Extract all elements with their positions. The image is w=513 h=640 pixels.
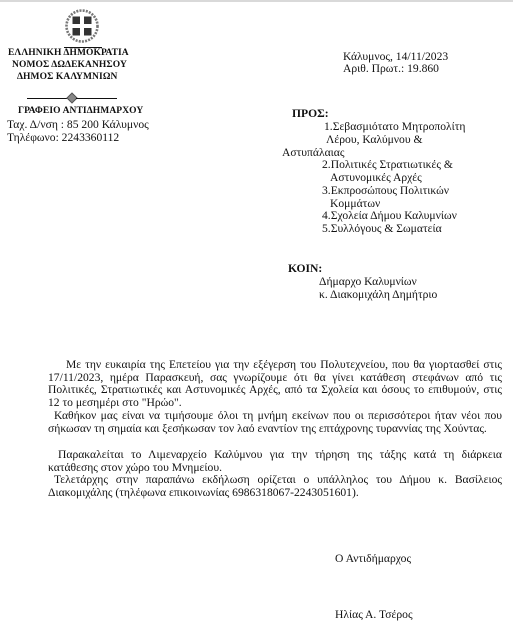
header-municipality: ΔΗΜΟΣ ΚΑΛΥΜΝΙΩΝ <box>17 72 118 82</box>
protocol-number: Αριθ. Πρωτ.: 19.860 <box>343 62 439 75</box>
greek-coat-of-arms-icon <box>65 9 99 43</box>
body-paragraph-text: Με την ευκαιρία της Επετείου για την εξέ… <box>48 358 502 409</box>
cc-label: ΚΟΙΝ: <box>288 262 322 275</box>
recipient-line: Λέρου, Καλύμνου & <box>326 133 422 146</box>
signature-name: Ηλίας Α. Τσέρος <box>335 608 413 621</box>
body-paragraph-text: Τελετάρχης στην παραπάνω εκδήλωση ορίζετ… <box>48 473 502 499</box>
body-paragraph-text: Παρακαλείται το Λιμεναρχείο Καλύμνου για… <box>48 448 502 474</box>
page-top-border <box>0 0 513 2</box>
recipient-line: 3.Εκπροσώπους Πολιτικών <box>322 184 449 197</box>
recipient-line: 2.Πολιτικές Στρατιωτικές & <box>322 158 453 171</box>
office-name: ΓΡΑΦΕΙΟ ΑΝΤΙΔΗΜΑΡΧΟΥ <box>18 106 143 116</box>
cc-line: κ. Διακομιχάλη Δημήτριο <box>319 288 437 301</box>
body-paragraph-text: Καθήκον μας είναι να τιμήσουμε όλοι τη μ… <box>48 409 502 435</box>
header-republic: ΕΛΛΗΝΙΚΗ ΔΗΜΟΚΡΑΤΙΑ <box>8 48 129 58</box>
body-paragraph: Με την ευκαιρία της Επετείου για την εξέ… <box>48 359 502 409</box>
diamond-divider-icon <box>27 94 117 102</box>
signature-title: Ο Αντιδήμαρχος <box>335 552 411 565</box>
recipient-line: 4.Σχολεία Δήμου Καλυμνίων <box>322 209 457 222</box>
cc-line: Δήμαρχο Καλυμνίων <box>319 275 417 288</box>
recipient-line: 1.Σεβασμιότατο Μητροπολίτη <box>324 120 465 133</box>
office-phone: Τηλέφωνο: 2243360112 <box>7 131 119 144</box>
recipient-line: 5.Συλλόγους & Σωματεία <box>322 222 442 235</box>
body-paragraph: Παρακαλείται το Λιμεναρχείο Καλύμνου για… <box>48 449 502 474</box>
recipient-line: Αστυνομικές Αρχές <box>330 171 422 184</box>
office-address: Ταχ. Δ/νση : 85 200 Κάλυμνος <box>7 118 149 131</box>
header-prefecture: ΝΟΜΟΣ ΔΩΔΕΚΑΝΗΣΟΥ <box>12 60 127 70</box>
body-paragraph: Τελετάρχης στην παραπάνω εκδήλωση ορίζετ… <box>48 474 502 499</box>
recipients-label: ΠΡΟΣ: <box>292 107 329 120</box>
body-paragraph: Καθήκον μας είναι να τιμήσουμε όλοι τη μ… <box>48 410 502 435</box>
